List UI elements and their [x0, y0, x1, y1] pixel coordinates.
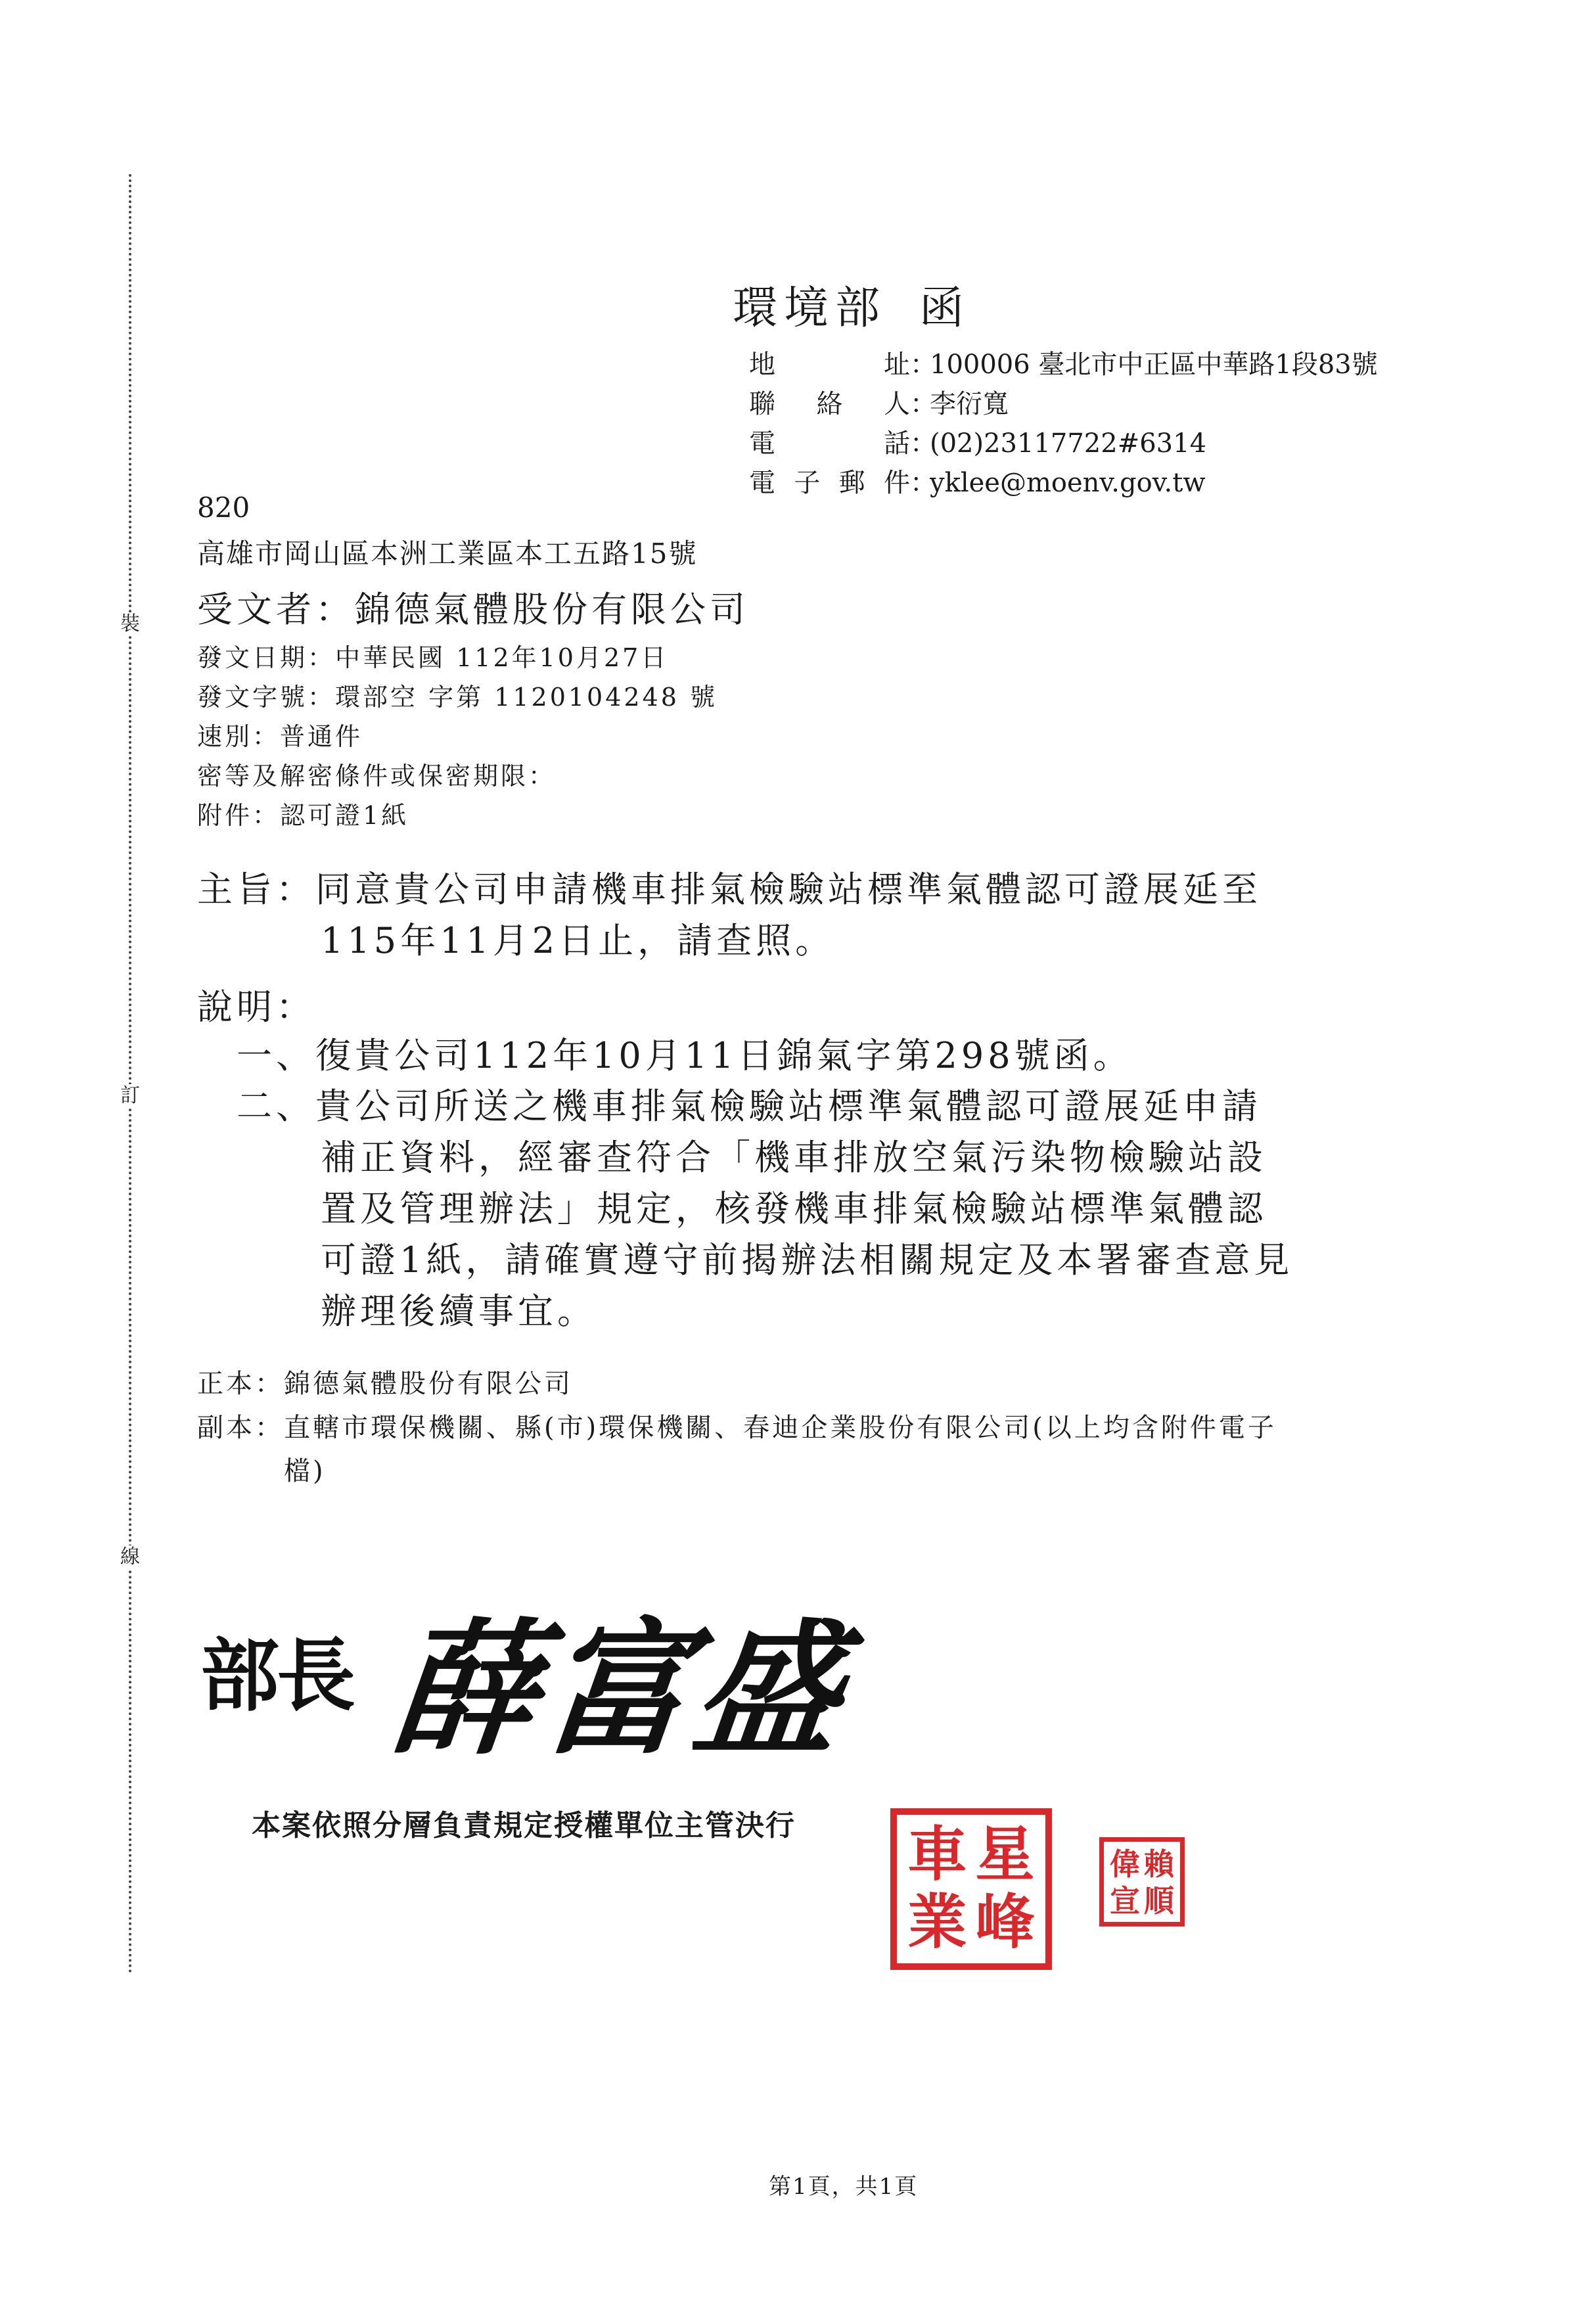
meta-value: 認可證1紙	[280, 801, 409, 830]
meta-label: 發文字號：	[197, 683, 335, 712]
contact-value: 100006 臺北市中正區中華路1段83號	[930, 350, 1378, 380]
item-line: 貴公司所送之機車排氣檢驗站標準氣體認可證展延申請	[315, 1085, 1262, 1127]
meta-label: 發文日期：	[197, 643, 335, 672]
contact-label: 聯絡人	[749, 384, 910, 424]
contact-label: 電子郵件	[749, 463, 910, 503]
meta-label: 速別：	[197, 722, 280, 751]
meta-label: 附件：	[197, 801, 280, 830]
contact-value: yklee@moenv.gov.tw	[930, 468, 1206, 498]
seal-char: 車	[903, 1821, 971, 1889]
subject-label: 主旨：	[197, 869, 315, 910]
explanation-label: 說明：	[197, 979, 315, 1030]
subject: 主旨：同意貴公司申請機車排氣檢驗站標準氣體認可證展延至 115年11月2日止，請…	[197, 864, 1262, 967]
contact-label: 地址	[749, 345, 910, 384]
recipient-label: 受文者：	[197, 589, 355, 630]
meta-issue-date: 發文日期：中華民國 112年10月27日	[197, 637, 668, 673]
seal-char: 峰	[971, 1889, 1039, 1957]
seal-char: 順	[1142, 1883, 1176, 1919]
explanation-item-2: 二、貴公司所送之機車排氣檢驗站標準氣體認可證展延申請 補正資料，經審查符合「機車…	[237, 1081, 1293, 1337]
signature-name: 薛富盛	[383, 1574, 858, 1781]
seal-char: 偉	[1108, 1846, 1142, 1883]
item-number: 一、	[237, 1035, 315, 1076]
explanation-item-1: 一、復貴公司112年10月11日錦氣字第298號函。	[237, 1030, 1133, 1082]
meta-value: 普通件	[280, 722, 363, 751]
margin-mark-xian: 線	[118, 1545, 142, 1569]
original-value: 錦德氣體股份有限公司	[284, 1369, 573, 1399]
recipient: 受文者：錦德氣體股份有限公司	[197, 582, 749, 632]
item-line: 置及管理辦法」規定，核發機車排氣檢驗站標準氣體認	[237, 1183, 1293, 1235]
signature-title: 部長	[200, 1613, 353, 1726]
original-recipient: 正本：錦德氣體股份有限公司	[197, 1362, 573, 1405]
contact-value: (02)23117722#6314	[930, 428, 1206, 459]
item-line: 辦理後續事宜。	[237, 1286, 1293, 1337]
meta-priority: 速別：普通件	[197, 716, 363, 752]
copy-line: 檔)	[197, 1449, 1277, 1493]
meta-classification: 密等及解密條件或保密期限：	[197, 756, 556, 792]
seal-char: 業	[903, 1889, 971, 1957]
seal-char: 宣	[1108, 1883, 1142, 1919]
contact-phone: 電話：(02)23117722#6314	[749, 424, 1206, 463]
agency-name: 環境部	[733, 283, 886, 334]
document-type: 函	[919, 283, 970, 334]
item-line: 可證1紙，請確實遵守前揭辦法相關規定及本署審查意見	[237, 1235, 1293, 1286]
authorization-note: 本案依照分層負責規定授權單位主管決行	[252, 1802, 796, 1844]
page-number: 第1頁，共1頁	[769, 2168, 918, 2201]
subject-line: 同意貴公司申請機車排氣檢驗站標準氣體認可證展延至	[315, 869, 1262, 910]
contact-address: 地址：100006 臺北市中正區中華路1段83號	[749, 345, 1378, 384]
meta-doc-number: 發文字號：環部空 字第 1120104248 號	[197, 677, 718, 713]
copy-line: 直轄市環保機關、縣(市)環保機關、春迪企業股份有限公司(以上均含附件電子	[284, 1413, 1277, 1443]
recipient-zip: 820	[197, 491, 250, 524]
contact-email: 電子郵件：yklee@moenv.gov.tw	[749, 463, 1206, 503]
meta-attachment: 附件：認可證1紙	[197, 795, 409, 831]
copy-recipients: 副本：直轄市環保機關、縣(市)環保機關、春迪企業股份有限公司(以上均含附件電子 …	[197, 1406, 1277, 1493]
margin-mark-ding: 訂	[118, 1084, 142, 1108]
meta-value: 中華民國 112年10月27日	[335, 643, 668, 672]
seal-agency-large: 車 星 業 峰	[890, 1808, 1052, 1970]
contact-label: 電話	[749, 424, 910, 463]
subject-line: 115年11月2日止，請查照。	[197, 915, 1262, 967]
copy-label: 副本：	[197, 1413, 284, 1443]
contact-person: 聯絡人：李衍寬	[749, 384, 1009, 424]
recipient-name: 錦德氣體股份有限公司	[355, 589, 749, 630]
item-line: 復貴公司112年10月11日錦氣字第298號函。	[315, 1035, 1133, 1076]
binding-dotted-line	[129, 174, 131, 1974]
seal-char: 星	[971, 1821, 1039, 1889]
meta-value: 環部空 字第 1120104248 號	[335, 683, 718, 712]
seal-char: 賴	[1142, 1846, 1176, 1883]
margin-mark-zhuang: 裝	[118, 612, 142, 636]
seal-personal-small: 偉 賴 宣 順	[1099, 1837, 1185, 1927]
item-line: 補正資料，經審查符合「機車排放空氣污染物檢驗站設	[237, 1132, 1293, 1183]
document-title: 環境部函	[733, 273, 970, 336]
meta-label: 密等及解密條件或保密期限：	[197, 762, 556, 790]
recipient-address: 高雄市岡山區本洲工業區本工五路15號	[197, 532, 697, 572]
item-number: 二、	[237, 1085, 315, 1127]
original-label: 正本：	[197, 1369, 284, 1399]
contact-value: 李衍寬	[930, 389, 1009, 419]
